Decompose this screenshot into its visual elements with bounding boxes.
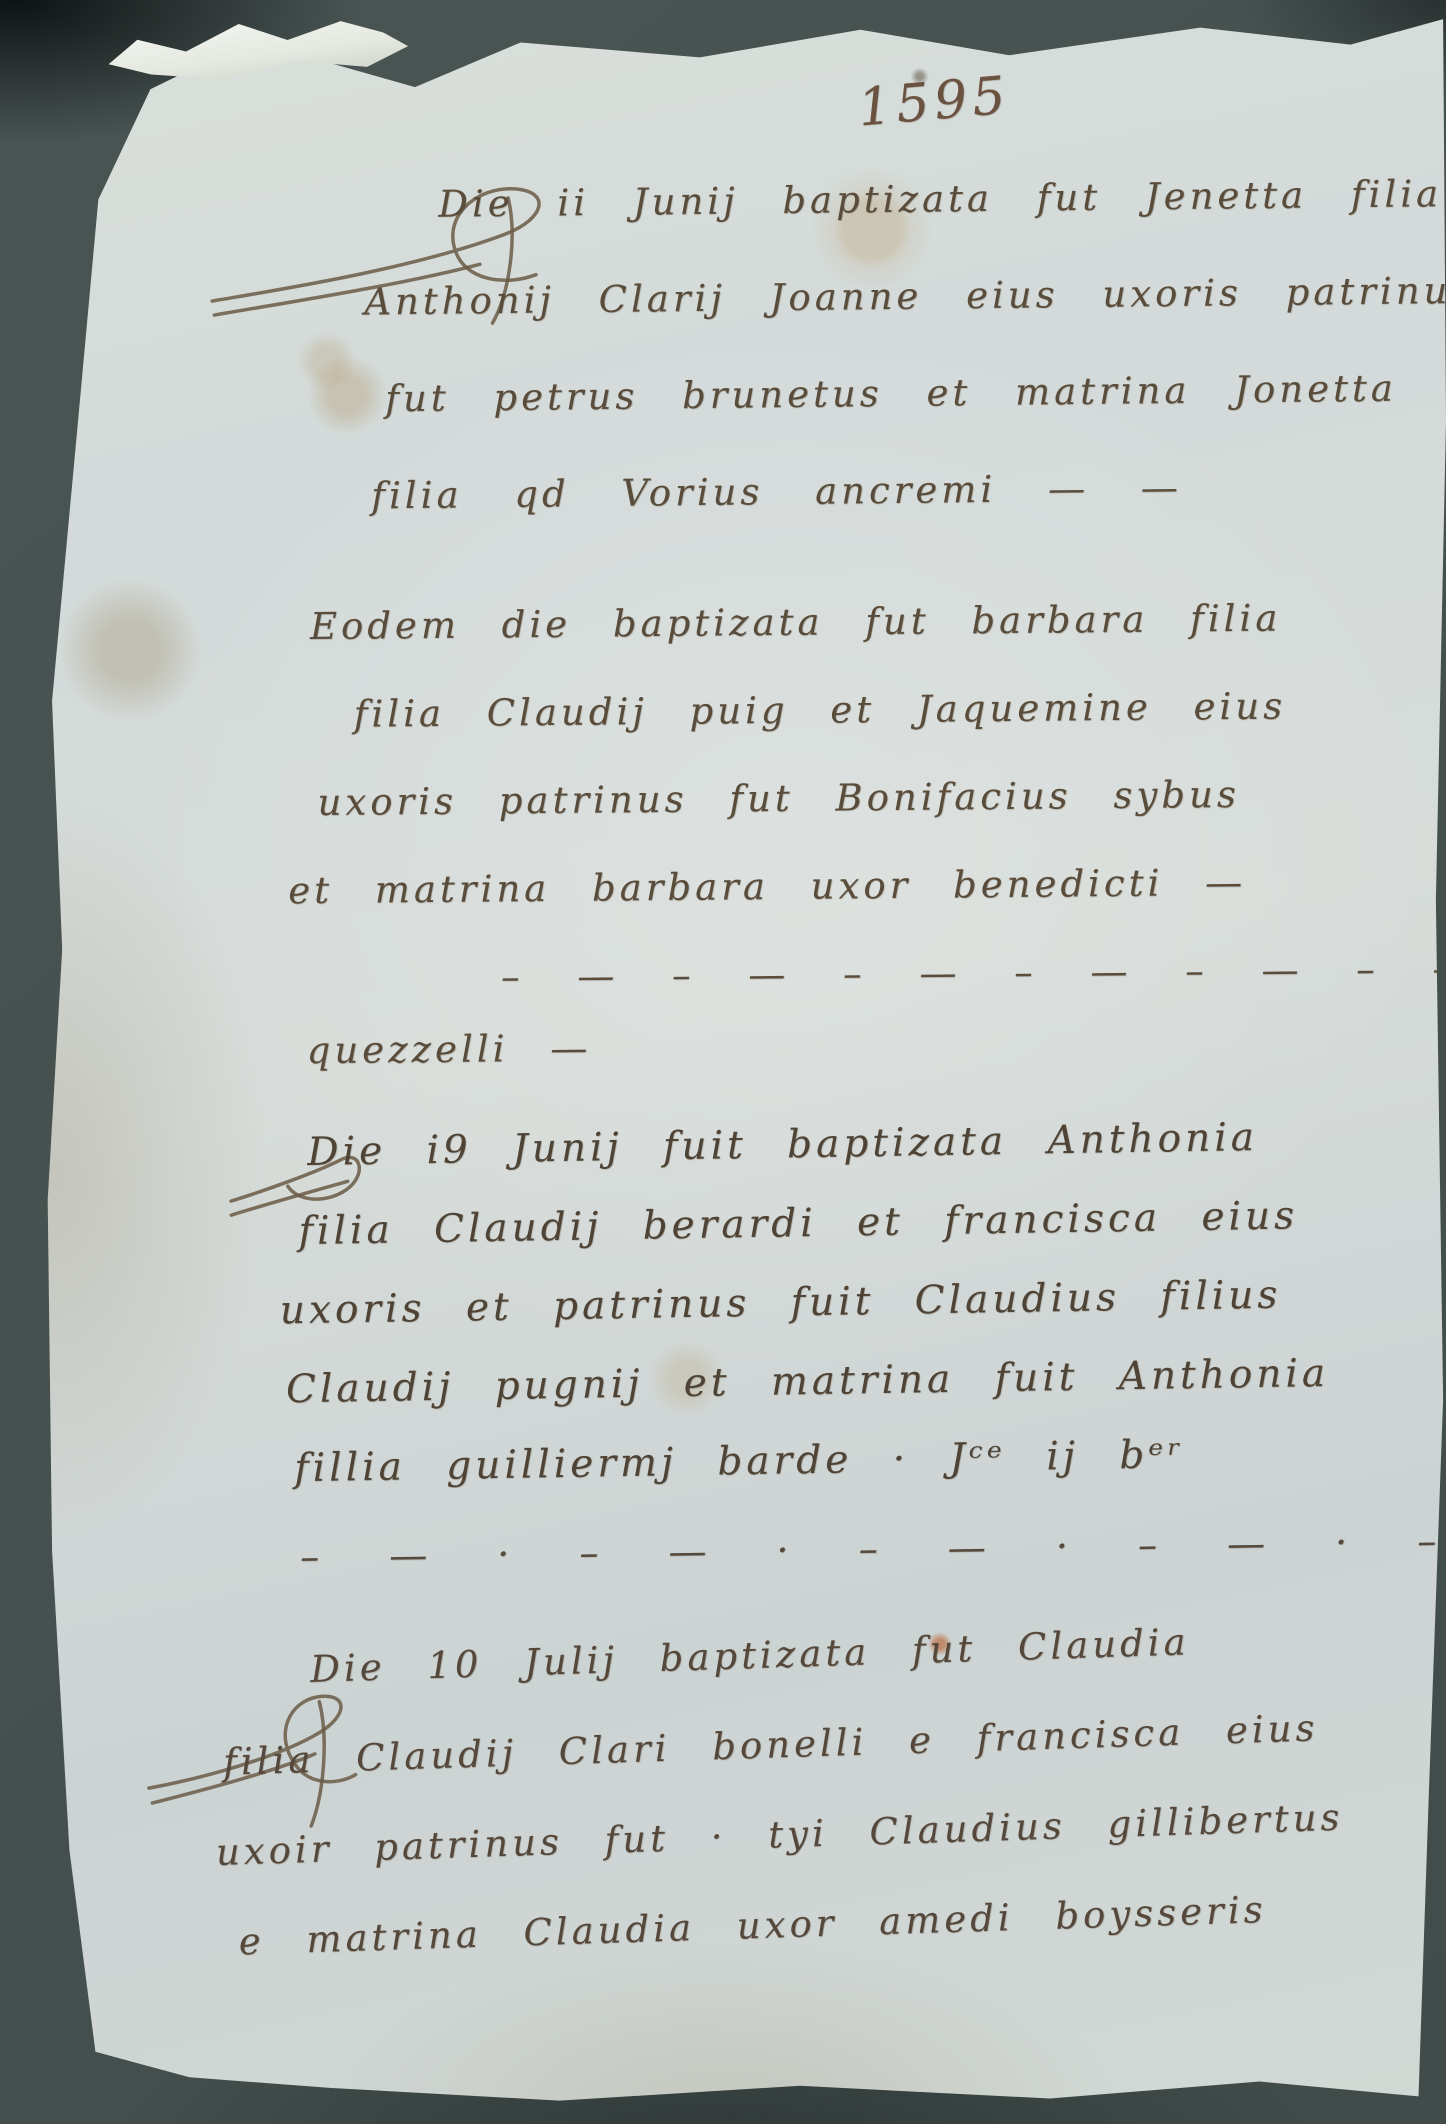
baptism-entry-1: Die ii Junij baptizata fut Jenetta filia… [298, 172, 1446, 572]
baptism-entry-2: Eodem die baptizata fut barbara filia fi… [298, 595, 1446, 1117]
manuscript-line: fillia guilliermj barde · Jᶜᵉ ij bᵉʳ [294, 1430, 1331, 1525]
manuscript-line: fut petrus brunetus et matrina Jonetta [385, 366, 1446, 474]
manuscript-line: Die ii Junij baptizata fut Jenetta filia [438, 172, 1446, 280]
baptism-entry-3: Die i9 Junij fuit baptizata Anthonia fil… [297, 1114, 1331, 1525]
manuscript-line: filia qd Vorius ancremi — — [371, 463, 1446, 572]
manuscript-line: quezzelli — [306, 1019, 1446, 1117]
manuscript-line: uxoris patrinus fut Bonifacius sybus [317, 771, 1446, 869]
dash-filler-line: – — – — – — – — – — – — [501, 947, 1446, 1028]
manuscript-line: Eodem die baptizata fut barbara filia [310, 595, 1446, 693]
manuscript-line: Anthonij Clarij Joanne eius uxoris patri… [364, 269, 1446, 378]
page-year-label: 1595 [856, 65, 1013, 138]
manuscript-photo: 1595 Die ii Junij baptizata fut Jenetta … [0, 0, 1446, 2124]
manuscript-line: et matrina barbara uxor benedicti — [288, 859, 1446, 957]
manuscript-page: 1595 Die ii Junij baptizata fut Jenetta … [0, 0, 1446, 2124]
baptism-entry-4: Die 10 Julij baptizata fut Claudia filia… [295, 1616, 1349, 2009]
dash-divider: – — · – — · – — · – — · – — · – — [300, 1513, 1446, 1578]
manuscript-line: filia Claudij puig et Jaquemine eius [354, 683, 1446, 781]
